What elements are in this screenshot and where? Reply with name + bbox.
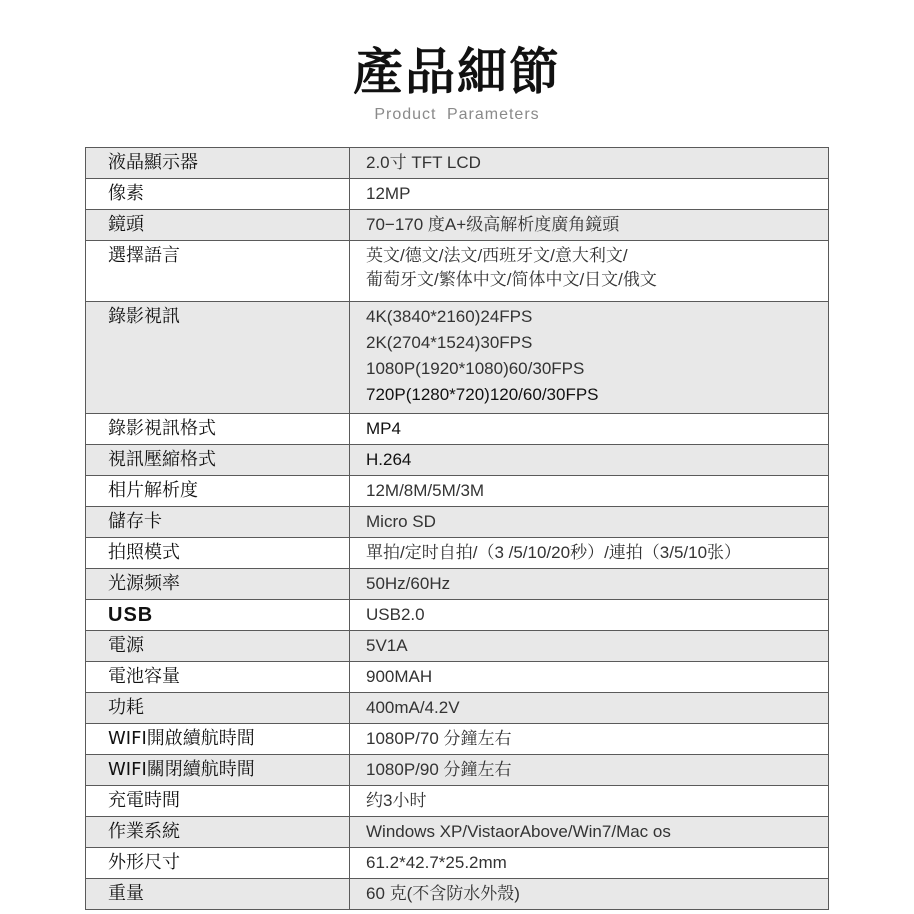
spec-value: H.264 xyxy=(350,445,829,476)
spec-value-line: 720P(1280*720)120/60/30FPS xyxy=(366,382,828,408)
spec-row-usb: USB USB2.0 xyxy=(86,600,829,631)
spec-label: 錄影視訊 xyxy=(86,302,350,414)
spec-value: Windows XP/VistaorAbove/Win7/Mac os xyxy=(350,817,829,848)
spec-label: 液晶顯示器 xyxy=(86,148,350,179)
spec-value-line: 12M/8M/5M/3M xyxy=(366,476,828,506)
spec-value: 5V1A xyxy=(350,631,829,662)
spec-row-lens: 鏡頭 70−170 度A+级高解析度廣角鏡頭 xyxy=(86,210,829,241)
spec-value-line: 2K(2704*1524)30FPS xyxy=(366,330,828,356)
spec-value: 4K(3840*2160)24FPS 2K(2704*1524)30FPS 10… xyxy=(350,302,829,414)
spec-row-pixels: 像素 12MP xyxy=(86,179,829,210)
page-title: 產品細節 xyxy=(0,40,914,104)
spec-value: 單拍/定时自拍/（3 /5/10/20秒）/連拍（3/5/10张） xyxy=(350,538,829,569)
spec-value-line: 70−170 度A+级高解析度廣角鏡頭 xyxy=(366,210,828,240)
spec-row-consumption: 功耗 400mA/4.2V xyxy=(86,693,829,724)
spec-row-weight: 重量 60 克(不含防水外殼) xyxy=(86,879,829,910)
page-subtitle: Product Parameters xyxy=(0,106,914,124)
spec-value: 900MAH xyxy=(350,662,829,693)
spec-row-video-format: 錄影視訊格式 MP4 xyxy=(86,414,829,445)
spec-value-line: 2.0寸 TFT LCD xyxy=(366,148,828,178)
spec-value: 英文/德文/法文/西班牙文/意大利文/ 葡萄牙文/繁体中文/简体中文/日文/俄文 xyxy=(350,241,829,302)
spec-label: 外形尺寸 xyxy=(86,848,350,879)
spec-row-video: 錄影視訊 4K(3840*2160)24FPS 2K(2704*1524)30F… xyxy=(86,302,829,414)
spec-label: 鏡頭 xyxy=(86,210,350,241)
spec-label: 相片解析度 xyxy=(86,476,350,507)
spec-value-line: 英文/德文/法文/西班牙文/意大利文/ xyxy=(366,244,828,268)
spec-value: 61.2*42.7*25.2mm xyxy=(350,848,829,879)
spec-value-line: 400mA/4.2V xyxy=(366,693,828,723)
spec-value-line: 50Hz/60Hz xyxy=(366,569,828,599)
spec-value-line: 1080P/90 分鐘左右 xyxy=(366,755,828,785)
spec-label: 重量 xyxy=(86,879,350,910)
spec-value-line: 單拍/定时自拍/（3 /5/10/20秒）/連拍（3/5/10张） xyxy=(366,538,828,568)
spec-value-line: 1080P(1920*1080)60/30FPS xyxy=(366,356,828,382)
spec-row-compression: 視訊壓縮格式 H.264 xyxy=(86,445,829,476)
spec-row-power: 電源 5V1A xyxy=(86,631,829,662)
spec-row-battery: 電池容量 900MAH xyxy=(86,662,829,693)
spec-row-lcd: 液晶顯示器 2.0寸 TFT LCD xyxy=(86,148,829,179)
spec-value: 约3小时 xyxy=(350,786,829,817)
spec-value: 60 克(不含防水外殼) xyxy=(350,879,829,910)
spec-value: 2.0寸 TFT LCD xyxy=(350,148,829,179)
spec-value-line: 葡萄牙文/繁体中文/简体中文/日文/俄文 xyxy=(366,268,828,292)
spec-row-dimensions: 外形尺寸 61.2*42.7*25.2mm xyxy=(86,848,829,879)
spec-row-os: 作業系統 Windows XP/VistaorAbove/Win7/Mac os xyxy=(86,817,829,848)
spec-value-line: 900MAH xyxy=(366,662,828,692)
spec-value-line: 60 克(不含防水外殼) xyxy=(366,879,828,909)
spec-row-charge-time: 充電時間 约3小时 xyxy=(86,786,829,817)
spec-label: 充電時間 xyxy=(86,786,350,817)
spec-row-languages: 選擇語言 英文/德文/法文/西班牙文/意大利文/ 葡萄牙文/繁体中文/简体中文/… xyxy=(86,241,829,302)
spec-label: 電源 xyxy=(86,631,350,662)
spec-label: 作業系統 xyxy=(86,817,350,848)
spec-value: Micro SD xyxy=(350,507,829,538)
spec-value-line: H.264 xyxy=(366,445,828,475)
spec-label: 拍照模式 xyxy=(86,538,350,569)
spec-value: 12M/8M/5M/3M xyxy=(350,476,829,507)
spec-value: 1080P/90 分鐘左右 xyxy=(350,755,829,786)
spec-label: 選擇語言 xyxy=(86,241,350,302)
spec-label: 視訊壓縮格式 xyxy=(86,445,350,476)
spec-row-light-frequency: 光源频率 50Hz/60Hz xyxy=(86,569,829,600)
spec-label: 光源频率 xyxy=(86,569,350,600)
spec-value-line: 5V1A xyxy=(366,631,828,661)
spec-label: 儲存卡 xyxy=(86,507,350,538)
spec-row-memory-card: 儲存卡 Micro SD xyxy=(86,507,829,538)
spec-value-line: Windows XP/VistaorAbove/Win7/Mac os xyxy=(366,817,828,847)
spec-value-line: 61.2*42.7*25.2mm xyxy=(366,848,828,878)
spec-value-line: 1080P/70 分鐘左右 xyxy=(366,724,828,754)
spec-value-line: 12MP xyxy=(366,179,828,209)
spec-label: 功耗 xyxy=(86,693,350,724)
spec-value-line: MP4 xyxy=(366,414,828,444)
spec-value: 70−170 度A+级高解析度廣角鏡頭 xyxy=(350,210,829,241)
spec-value: 50Hz/60Hz xyxy=(350,569,829,600)
spec-label: 像素 xyxy=(86,179,350,210)
spec-row-wifi-off-runtime: WIFI關閉續航時間 1080P/90 分鐘左右 xyxy=(86,755,829,786)
spec-value: 1080P/70 分鐘左右 xyxy=(350,724,829,755)
spec-row-photo-mode: 拍照模式 單拍/定时自拍/（3 /5/10/20秒）/連拍（3/5/10张） xyxy=(86,538,829,569)
spec-label: 錄影視訊格式 xyxy=(86,414,350,445)
spec-row-wifi-on-runtime: WIFI開啟續航時間 1080P/70 分鐘左右 xyxy=(86,724,829,755)
spec-value: 12MP xyxy=(350,179,829,210)
spec-row-photo-resolution: 相片解析度 12M/8M/5M/3M xyxy=(86,476,829,507)
spec-label: WIFI關閉續航時間 xyxy=(86,755,350,786)
spec-label: WIFI開啟續航時間 xyxy=(86,724,350,755)
spec-value: USB2.0 xyxy=(350,600,829,631)
spec-table: 液晶顯示器 2.0寸 TFT LCD 像素 12MP 鏡頭 70−170 度A+… xyxy=(85,147,829,910)
spec-value-line: Micro SD xyxy=(366,507,828,537)
spec-value-line: 约3小时 xyxy=(366,786,828,816)
spec-label: 電池容量 xyxy=(86,662,350,693)
spec-label: USB xyxy=(86,600,350,631)
spec-value-line: USB2.0 xyxy=(366,600,828,630)
spec-value-line: 4K(3840*2160)24FPS xyxy=(366,304,828,330)
spec-value: MP4 xyxy=(350,414,829,445)
spec-value: 400mA/4.2V xyxy=(350,693,829,724)
